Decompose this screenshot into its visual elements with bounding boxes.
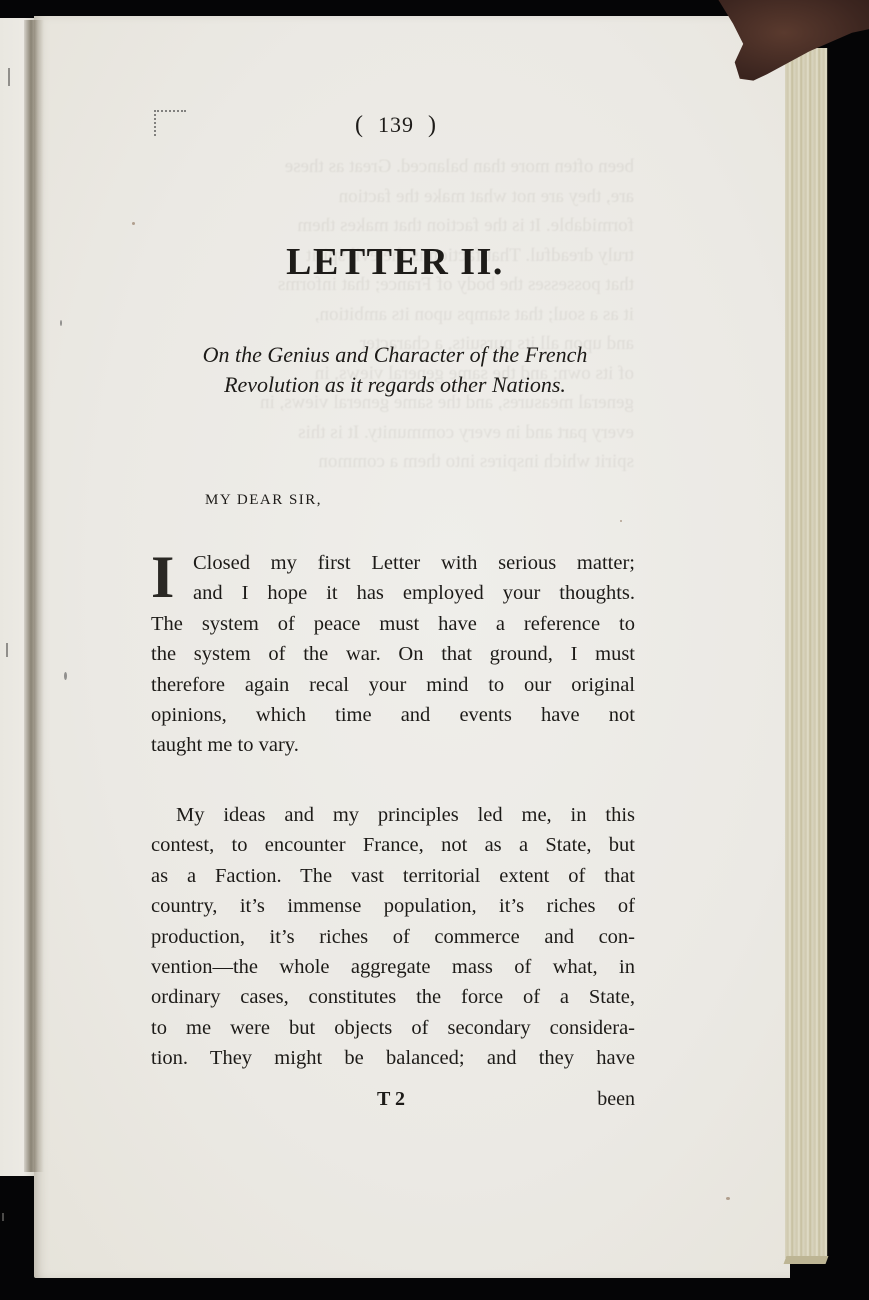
page-blemish bbox=[2, 1213, 4, 1221]
paragraph: My ideas and my principles led me, in th… bbox=[151, 800, 635, 1074]
text-line: vention—the whole aggregate mass of what… bbox=[151, 952, 635, 982]
salutation: MY DEAR SIR, bbox=[205, 492, 322, 509]
paren-open: ( bbox=[355, 112, 364, 139]
text-line: production, it’s riches of commerce and … bbox=[151, 922, 635, 952]
gutter-shadow bbox=[24, 20, 44, 1172]
page-number-value: 139 bbox=[378, 112, 414, 137]
paren-close: ) bbox=[428, 112, 437, 139]
paper-speck bbox=[726, 1197, 730, 1200]
page-blemish bbox=[8, 68, 10, 86]
text-line: contest, to encounter France, not as a S… bbox=[151, 830, 635, 860]
paragraph: I Closed my first Letter with serious ma… bbox=[151, 548, 635, 761]
text-line: and I hope it has employed your thoughts… bbox=[151, 578, 635, 608]
page-number: (139) bbox=[340, 112, 452, 139]
text-line: to me were but objects of secondary cons… bbox=[151, 1013, 635, 1043]
subtitle-line: On the Genius and Character of the Frenc… bbox=[150, 340, 640, 370]
text-line: tion. They might be balanced; and they h… bbox=[151, 1043, 635, 1073]
page-blemish bbox=[6, 643, 8, 657]
paper-speck bbox=[60, 320, 62, 326]
text-line: The system of peace must have a referenc… bbox=[151, 609, 635, 639]
letter-heading: LETTER II. bbox=[150, 240, 640, 284]
paper-speck bbox=[132, 222, 135, 225]
subtitle-line: Revolution as it regards other Nations. bbox=[150, 370, 640, 400]
text-line: the system of the war. On that ground, I… bbox=[151, 639, 635, 669]
text-line: therefore again recal your mind to our o… bbox=[151, 670, 635, 700]
text-line: opinions, which time and events have not bbox=[151, 700, 635, 730]
page-stack-edge bbox=[785, 48, 828, 1258]
catchword: been bbox=[597, 1088, 635, 1111]
drop-cap: I bbox=[151, 550, 174, 604]
letter-subtitle: On the Genius and Character of the Frenc… bbox=[150, 340, 640, 400]
text-line: Closed my first Letter with serious matt… bbox=[151, 548, 635, 578]
paper-speck bbox=[64, 672, 67, 680]
text-line: My ideas and my principles led me, in th… bbox=[151, 800, 635, 830]
text-line: ordinary cases, constitutes the force of… bbox=[151, 982, 635, 1012]
text-line: as a Faction. The vast territorial exten… bbox=[151, 861, 635, 891]
corner-printer-mark bbox=[154, 110, 186, 136]
paper-speck bbox=[620, 520, 622, 522]
text-line: country, it’s immense population, it’s r… bbox=[151, 891, 635, 921]
text-line: taught me to vary. bbox=[151, 730, 635, 760]
signature-mark: T 2 bbox=[377, 1088, 405, 1111]
